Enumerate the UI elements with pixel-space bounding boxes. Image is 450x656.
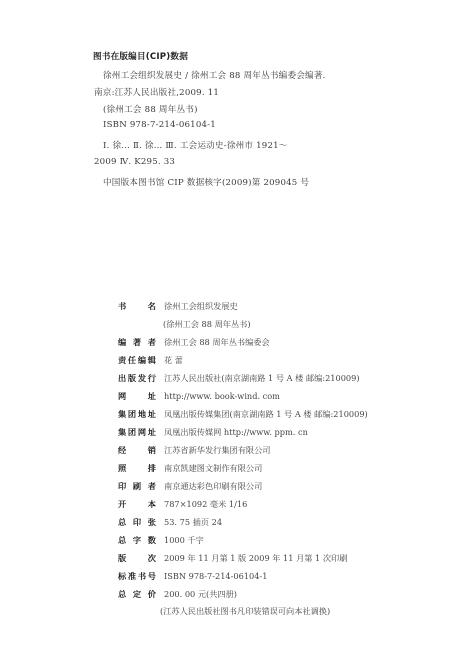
info-row-website: 网址 http://www. book-wind. com [118,391,280,402]
cip-title: 图书在版编目(CIP)数据 [93,50,188,62]
cip-line-1: 徐州工会组织发展史 / 徐州工会 88 周年丛书编委会编著. [103,69,326,81]
info-row-group-website: 集团网址 凤凰出版传媒网 http://www. ppm. cn [118,427,308,438]
info-label: 集团网址 [118,427,156,438]
info-value: 徐州工会 88 周年丛书编委会 [164,337,270,348]
info-value: 花 蕾 [164,355,183,366]
info-label: 印刷者 [118,481,156,492]
info-value: 江苏省新华发行集团有限公司 [164,445,270,456]
info-value: 南京通达彩色印刷有限公司 [164,481,262,492]
info-row-printer: 印刷者 南京通达彩色印刷有限公司 [118,481,262,492]
info-row-edition: 版次 2009 年 11 月第 1 版 2009 年 11 月第 1 次印刷 [118,553,347,564]
info-value: 江苏人民出版社(南京湖南路 1 号 A 楼 邮编:210009) [164,373,360,384]
info-label: 总字数 [118,535,156,546]
info-label: 书名 [118,301,156,312]
info-label: 责任编辑 [118,355,156,366]
info-row-sheets: 总印张 53. 75 插页 24 [118,517,222,528]
info-row-author: 编著者 徐州工会 88 周年丛书编委会 [118,337,270,348]
info-label: 集团地址 [118,409,156,420]
cip-line-7: 中国版本图书馆 CIP 数据核字(2009)第 209045 号 [103,176,309,188]
info-value: 200. 00 元(共四册) [164,589,237,600]
info-row-publisher: 出版发行 江苏人民出版社(南京湖南路 1 号 A 楼 邮编:210009) [118,373,360,384]
info-label: 照排 [118,463,156,474]
info-label: 网址 [118,391,156,402]
info-value: 2009 年 11 月第 1 版 2009 年 11 月第 1 次印刷 [164,553,347,564]
info-row-book-title: 书名 徐州工会组织发展史 [118,301,238,312]
cip-line-5: Ⅰ. 徐… Ⅱ. 徐… Ⅲ. 工会运动史-徐州市 1921～ [103,139,288,151]
info-label: 版次 [118,553,156,564]
info-value: http://www. book-wind. com [164,391,280,401]
cip-line-isbn: ISBN 978-7-214-06104-1 [103,120,216,130]
info-row-price: 总定价 200. 00 元(共四册) [118,589,237,600]
info-row-format: 开本 787×1092 毫米 1/16 [118,499,247,510]
info-label: 总印张 [118,517,156,528]
series-subline: (徐州工会 88 周年丛书) [163,319,251,330]
footer-note: (江苏人民出版社图书凡印装错误可向本社调换) [160,606,330,617]
cip-line-6: 2009 Ⅳ. K295. 33 [94,157,175,167]
info-row-isbn: 标准书号 ISBN 978-7-214-06104-1 [118,571,267,582]
info-label: 编著者 [118,337,156,348]
info-label: 总定价 [118,589,156,600]
info-value: 徐州工会组织发展史 [164,301,238,312]
info-row-editor: 责任编辑 花 蕾 [118,355,183,366]
info-value: 南京凯建图文制作有限公司 [164,463,262,474]
info-value: 1000 千字 [164,535,204,546]
info-value: 53. 75 插页 24 [164,517,222,528]
info-value: ISBN 978-7-214-06104-1 [164,571,267,581]
info-value: 凤凰出版传媒网 http://www. ppm. cn [164,427,308,438]
cip-line-3: (徐州工会 88 周年丛书) [103,103,198,115]
cip-line-2: 南京:江苏人民出版社,2009. 11 [94,86,219,98]
info-label: 经销 [118,445,156,456]
info-value: 凤凰出版传媒集团(南京湖南路 1 号 A 楼 邮编:210009) [164,409,368,420]
info-row-distributor: 经销 江苏省新华发行集团有限公司 [118,445,270,456]
info-row-word-count: 总字数 1000 千字 [118,535,204,546]
info-label: 出版发行 [118,373,156,384]
info-value: 787×1092 毫米 1/16 [164,499,247,510]
info-label: 开本 [118,499,156,510]
info-row-typesetting: 照排 南京凯建图文制作有限公司 [118,463,262,474]
info-row-group-address: 集团地址 凤凰出版传媒集团(南京湖南路 1 号 A 楼 邮编:210009) [118,409,368,420]
info-label: 标准书号 [118,571,156,582]
